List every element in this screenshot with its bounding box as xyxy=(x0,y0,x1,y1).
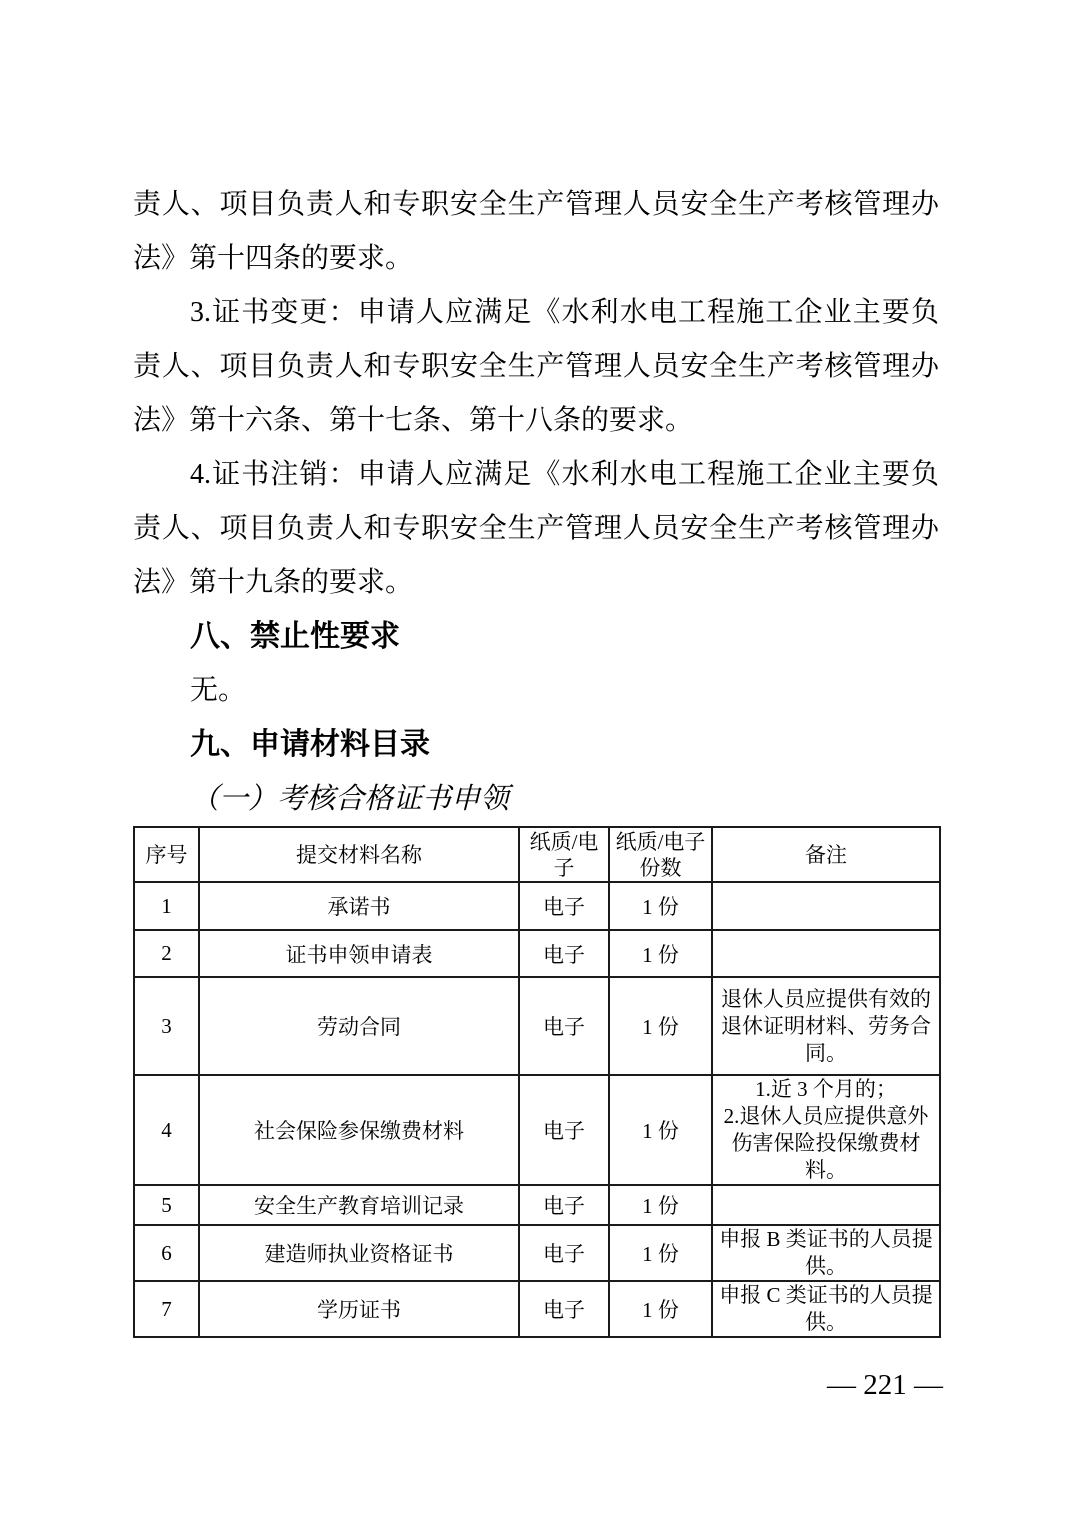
cell-medium: 电子 xyxy=(519,1185,609,1225)
col-header-material-name: 提交材料名称 xyxy=(199,827,519,882)
cell-copies: 1 份 xyxy=(609,1281,712,1337)
cell-medium: 电子 xyxy=(519,1281,609,1337)
cell-serial: 3 xyxy=(134,977,199,1075)
cell-material-name: 学历证书 xyxy=(199,1281,519,1337)
body-line: 法》第十四条的要求。 xyxy=(133,232,939,286)
body-line: 法》第十六条、第十七条、第十八条的要求。 xyxy=(133,394,939,448)
table-row: 5 安全生产教育培训记录 电子 1 份 xyxy=(134,1185,940,1225)
col-header-medium: 纸质/电子 xyxy=(519,827,609,882)
cell-remark: 申报 C 类证书的人员提供。 xyxy=(712,1281,940,1337)
cell-material-name: 社会保险参保缴费材料 xyxy=(199,1075,519,1185)
table-row: 3 劳动合同 电子 1 份 退休人员应提供有效的退休证明材料、劳务合同。 xyxy=(134,977,940,1075)
cell-remark: 退休人员应提供有效的退休证明材料、劳务合同。 xyxy=(712,977,940,1075)
subsection-heading-certificate-application: （一）考核合格证书申领 xyxy=(133,772,939,826)
body-line: 4.证书注销：申请人应满足《水利水电工程施工企业主要负 xyxy=(133,448,939,502)
cell-copies: 1 份 xyxy=(609,930,712,977)
cell-material-name: 证书申领申请表 xyxy=(199,930,519,977)
paragraph-certificate-cancellation: 4.证书注销：申请人应满足《水利水电工程施工企业主要负 责人、项目负责人和专职安… xyxy=(133,448,939,610)
section-heading-prohibitive-requirements: 八、禁止性要求 xyxy=(133,610,939,664)
table-row: 7 学历证书 电子 1 份 申报 C 类证书的人员提供。 xyxy=(134,1281,940,1337)
body-line: 责人、项目负责人和专职安全生产管理人员安全生产考核管理办 xyxy=(133,340,939,394)
table-header-row: 序号 提交材料名称 纸质/电子 纸质/电子份数 备注 xyxy=(134,827,940,882)
body-line: 责人、项目负责人和专职安全生产管理人员安全生产考核管理办 xyxy=(133,502,939,556)
cell-remark xyxy=(712,930,940,977)
cell-medium: 电子 xyxy=(519,977,609,1075)
cell-remark xyxy=(712,1185,940,1225)
col-header-copies: 纸质/电子份数 xyxy=(609,827,712,882)
table-row: 4 社会保险参保缴费材料 电子 1 份 1.近 3 个月的； 2.退休人员应提供… xyxy=(134,1075,940,1185)
cell-serial: 1 xyxy=(134,882,199,930)
paragraph-certificate-renewal-tail: 责人、项目负责人和专职安全生产管理人员安全生产考核管理办 法》第十四条的要求。 xyxy=(133,178,939,286)
col-header-remark: 备注 xyxy=(712,827,940,882)
cell-serial: 2 xyxy=(134,930,199,977)
paragraph-certificate-change: 3.证书变更：申请人应满足《水利水电工程施工企业主要负 责人、项目负责人和专职安… xyxy=(133,286,939,448)
cell-copies: 1 份 xyxy=(609,1075,712,1185)
cell-medium: 电子 xyxy=(519,1225,609,1281)
materials-table: 序号 提交材料名称 纸质/电子 纸质/电子份数 备注 1 承诺书 电子 1 份 … xyxy=(133,826,941,1338)
cell-medium: 电子 xyxy=(519,882,609,930)
section-none-text: 无。 xyxy=(133,664,939,718)
cell-material-name: 劳动合同 xyxy=(199,977,519,1075)
cell-copies: 1 份 xyxy=(609,977,712,1075)
cell-material-name: 承诺书 xyxy=(199,882,519,930)
cell-material-name: 建造师执业资格证书 xyxy=(199,1225,519,1281)
document-page: 责人、项目负责人和专职安全生产管理人员安全生产考核管理办 法》第十四条的要求。 … xyxy=(0,0,1074,1520)
cell-serial: 5 xyxy=(134,1185,199,1225)
col-header-serial: 序号 xyxy=(134,827,199,882)
cell-medium: 电子 xyxy=(519,1075,609,1185)
cell-remark: 申报 B 类证书的人员提供。 xyxy=(712,1225,940,1281)
cell-copies: 1 份 xyxy=(609,1225,712,1281)
cell-remark: 1.近 3 个月的； 2.退休人员应提供意外伤害保险投保缴费材料。 xyxy=(712,1075,940,1185)
table-row: 1 承诺书 电子 1 份 xyxy=(134,882,940,930)
table-row: 6 建造师执业资格证书 电子 1 份 申报 B 类证书的人员提供。 xyxy=(134,1225,940,1281)
cell-serial: 6 xyxy=(134,1225,199,1281)
document-body: 责人、项目负责人和专职安全生产管理人员安全生产考核管理办 法》第十四条的要求。 … xyxy=(133,178,939,1338)
cell-serial: 4 xyxy=(134,1075,199,1185)
cell-copies: 1 份 xyxy=(609,1185,712,1225)
cell-material-name: 安全生产教育培训记录 xyxy=(199,1185,519,1225)
body-line: 3.证书变更：申请人应满足《水利水电工程施工企业主要负 xyxy=(133,286,939,340)
cell-copies: 1 份 xyxy=(609,882,712,930)
body-line: 责人、项目负责人和专职安全生产管理人员安全生产考核管理办 xyxy=(133,178,939,232)
cell-serial: 7 xyxy=(134,1281,199,1337)
body-line: 法》第十九条的要求。 xyxy=(133,556,939,610)
cell-remark xyxy=(712,882,940,930)
table-row: 2 证书申领申请表 电子 1 份 xyxy=(134,930,940,977)
page-number: — 221 — xyxy=(827,1368,943,1402)
cell-medium: 电子 xyxy=(519,930,609,977)
section-heading-application-materials: 九、申请材料目录 xyxy=(133,718,939,772)
